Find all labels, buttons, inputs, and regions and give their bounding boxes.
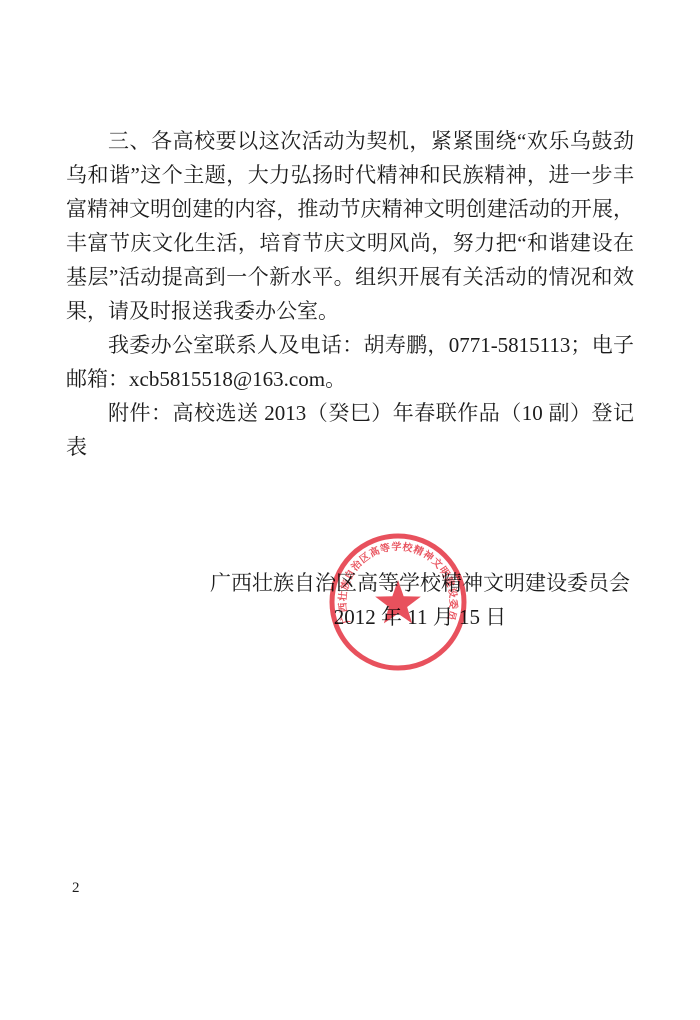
body-paragraph-contact: 我委办公室联系人及电话：胡寿鹏，0771-5815113；电子邮箱：xcb581…	[66, 328, 634, 396]
signature-organization: 广西壮族自治区高等学校精神文明建设委员会	[140, 566, 700, 600]
body-paragraph-main: 三、各高校要以这次活动为契机，紧紧围绕“欢乐乌鼓劲乌和谐”这个主题，大力弘扬时代…	[66, 124, 634, 328]
document-body: 三、各高校要以这次活动为契机，紧紧围绕“欢乐乌鼓劲乌和谐”这个主题，大力弘扬时代…	[66, 124, 634, 464]
page-number: 2	[72, 878, 80, 898]
document-page: 三、各高校要以这次活动为契机，紧紧围绕“欢乐乌鼓劲乌和谐”这个主题，大力弘扬时代…	[0, 0, 700, 1020]
signature-block: 广西壮族自治区高等学校精神文明建设委员会 2012 年 11 月 15 日	[140, 566, 700, 634]
signature-date: 2012 年 11 月 15 日	[140, 600, 700, 634]
attachment-line: 附件：高校选送 2013（癸巳）年春联作品（10 副）登记表	[66, 396, 634, 464]
